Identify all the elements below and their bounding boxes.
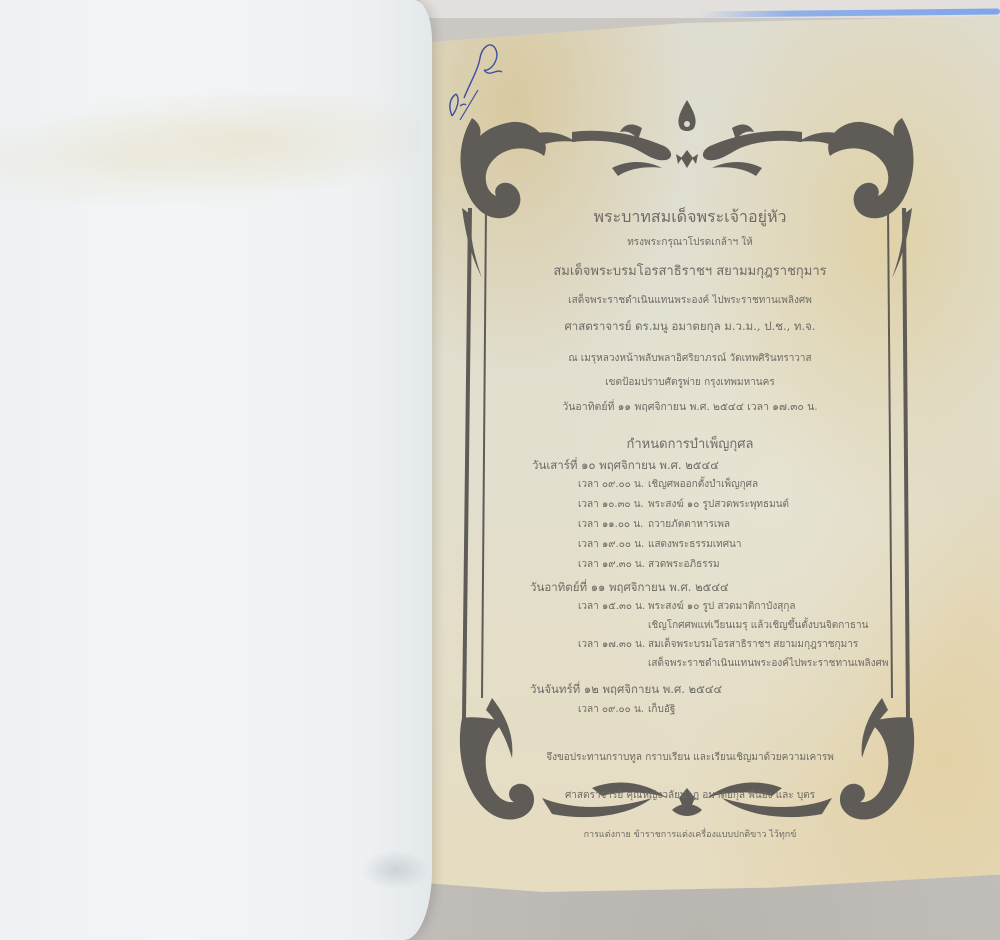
item-activity: สวดพระอภิธรรม	[648, 557, 720, 572]
closing-line: จึงขอประทานกราบทูล กราบเรียน และเรียนเชิ…	[490, 750, 890, 765]
ink-smudge	[360, 850, 430, 890]
header-line-2: ทรงพระกรุณาโปรดเกล้าฯ ให้	[490, 235, 890, 250]
handwritten-signature-icon	[440, 28, 510, 123]
item-time: เวลา ๐๙.๐๐ น.	[578, 702, 644, 717]
dress-code-line: การแต่งกาย ข้าราชการแต่งเครื่องแบบปกติขา…	[490, 827, 890, 841]
left-blank-page	[0, 0, 432, 940]
item-activity: แสดงพระธรรมเทศนา	[648, 537, 742, 552]
item-time: เวลา ๑๗.๓๐ น.	[578, 637, 645, 652]
header-line-7: เขตป้อมปราบศัตรูพ่าย กรุงเทพมหานคร	[490, 375, 890, 390]
header-line-4: เสด็จพระราชดำเนินแทนพระองค์ ไปพระราชทานเ…	[490, 293, 890, 308]
item-activity: ถวายภัตตาหารเพล	[648, 517, 730, 532]
item-activity: เชิญศพออกตั้งบำเพ็ญกุศล	[648, 477, 758, 492]
item-time: เวลา ๑๙.๓๐ น.	[578, 557, 645, 572]
header-line-5: ศาสตราจารย์ ดร.มนู อมาตยกุล ม.ว.ม., ป.ช.…	[490, 318, 890, 336]
item-time: เวลา ๑๐.๓๐ น.	[578, 497, 644, 512]
header-line-6: ณ เมรุหลวงหน้าพลับพลาอิศริยาภรณ์ วัดเทพศ…	[490, 351, 890, 366]
day-3-date: วันจันทร์ที่ ๑๒ พฤศจิกายน พ.ศ. ๒๕๔๔	[530, 681, 722, 699]
header-line-8: วันอาทิตย์ที่ ๑๑ พฤศจิกายน พ.ศ. ๒๕๔๔ เวล…	[490, 398, 890, 415]
day-1-date: วันเสาร์ที่ ๑๐ พฤศจิกายน พ.ศ. ๒๕๔๔	[532, 457, 719, 475]
header-line-1: พระบาทสมเด็จพระเจ้าอยู่หัว	[490, 205, 890, 230]
item-time: เวลา ๐๙.๐๐ น.	[578, 477, 644, 492]
item-activity: เก็บอัฐิ	[648, 702, 675, 717]
item-activity: พระสงฆ์ ๑๐ รูป สวดมาติกาบังสุกุล	[648, 599, 796, 614]
item-time: เวลา ๑๙.๐๐ น.	[578, 537, 644, 552]
header-line-3: สมเด็จพระบรมโอรสาธิราชฯ สยามมกุฎราชกุมาร	[490, 260, 890, 281]
item-activity: สมเด็จพระบรมโอรสาธิราชฯ สยามมกุฎราชกุมาร	[648, 637, 858, 652]
day-2-date: วันอาทิตย์ที่ ๑๑ พฤศจิกายน พ.ศ. ๒๕๔๔	[530, 579, 729, 597]
item-activity: เชิญโกศศพแห่เวียนเมรุ แล้วเชิญขึ้นตั้งบน…	[648, 618, 869, 633]
item-activity: เสด็จพระราชดำเนินแทนพระองค์ไปพระราชทานเพ…	[648, 656, 888, 671]
item-time: เวลา ๑๕.๓๐ น.	[578, 599, 645, 614]
schedule-title: กำหนดการบำเพ็ญกุศล	[490, 433, 890, 454]
item-activity: พระสงฆ์ ๑๐ รูปสวดพระพุทธมนต์	[648, 497, 789, 512]
item-time: เวลา ๑๑.๐๐ น.	[578, 517, 643, 532]
water-stain	[0, 95, 420, 205]
hosts-line: ศาสตราจารย์ คุณหญิงวลัยนาฏ อมาตยกุล พี่น…	[490, 788, 890, 803]
